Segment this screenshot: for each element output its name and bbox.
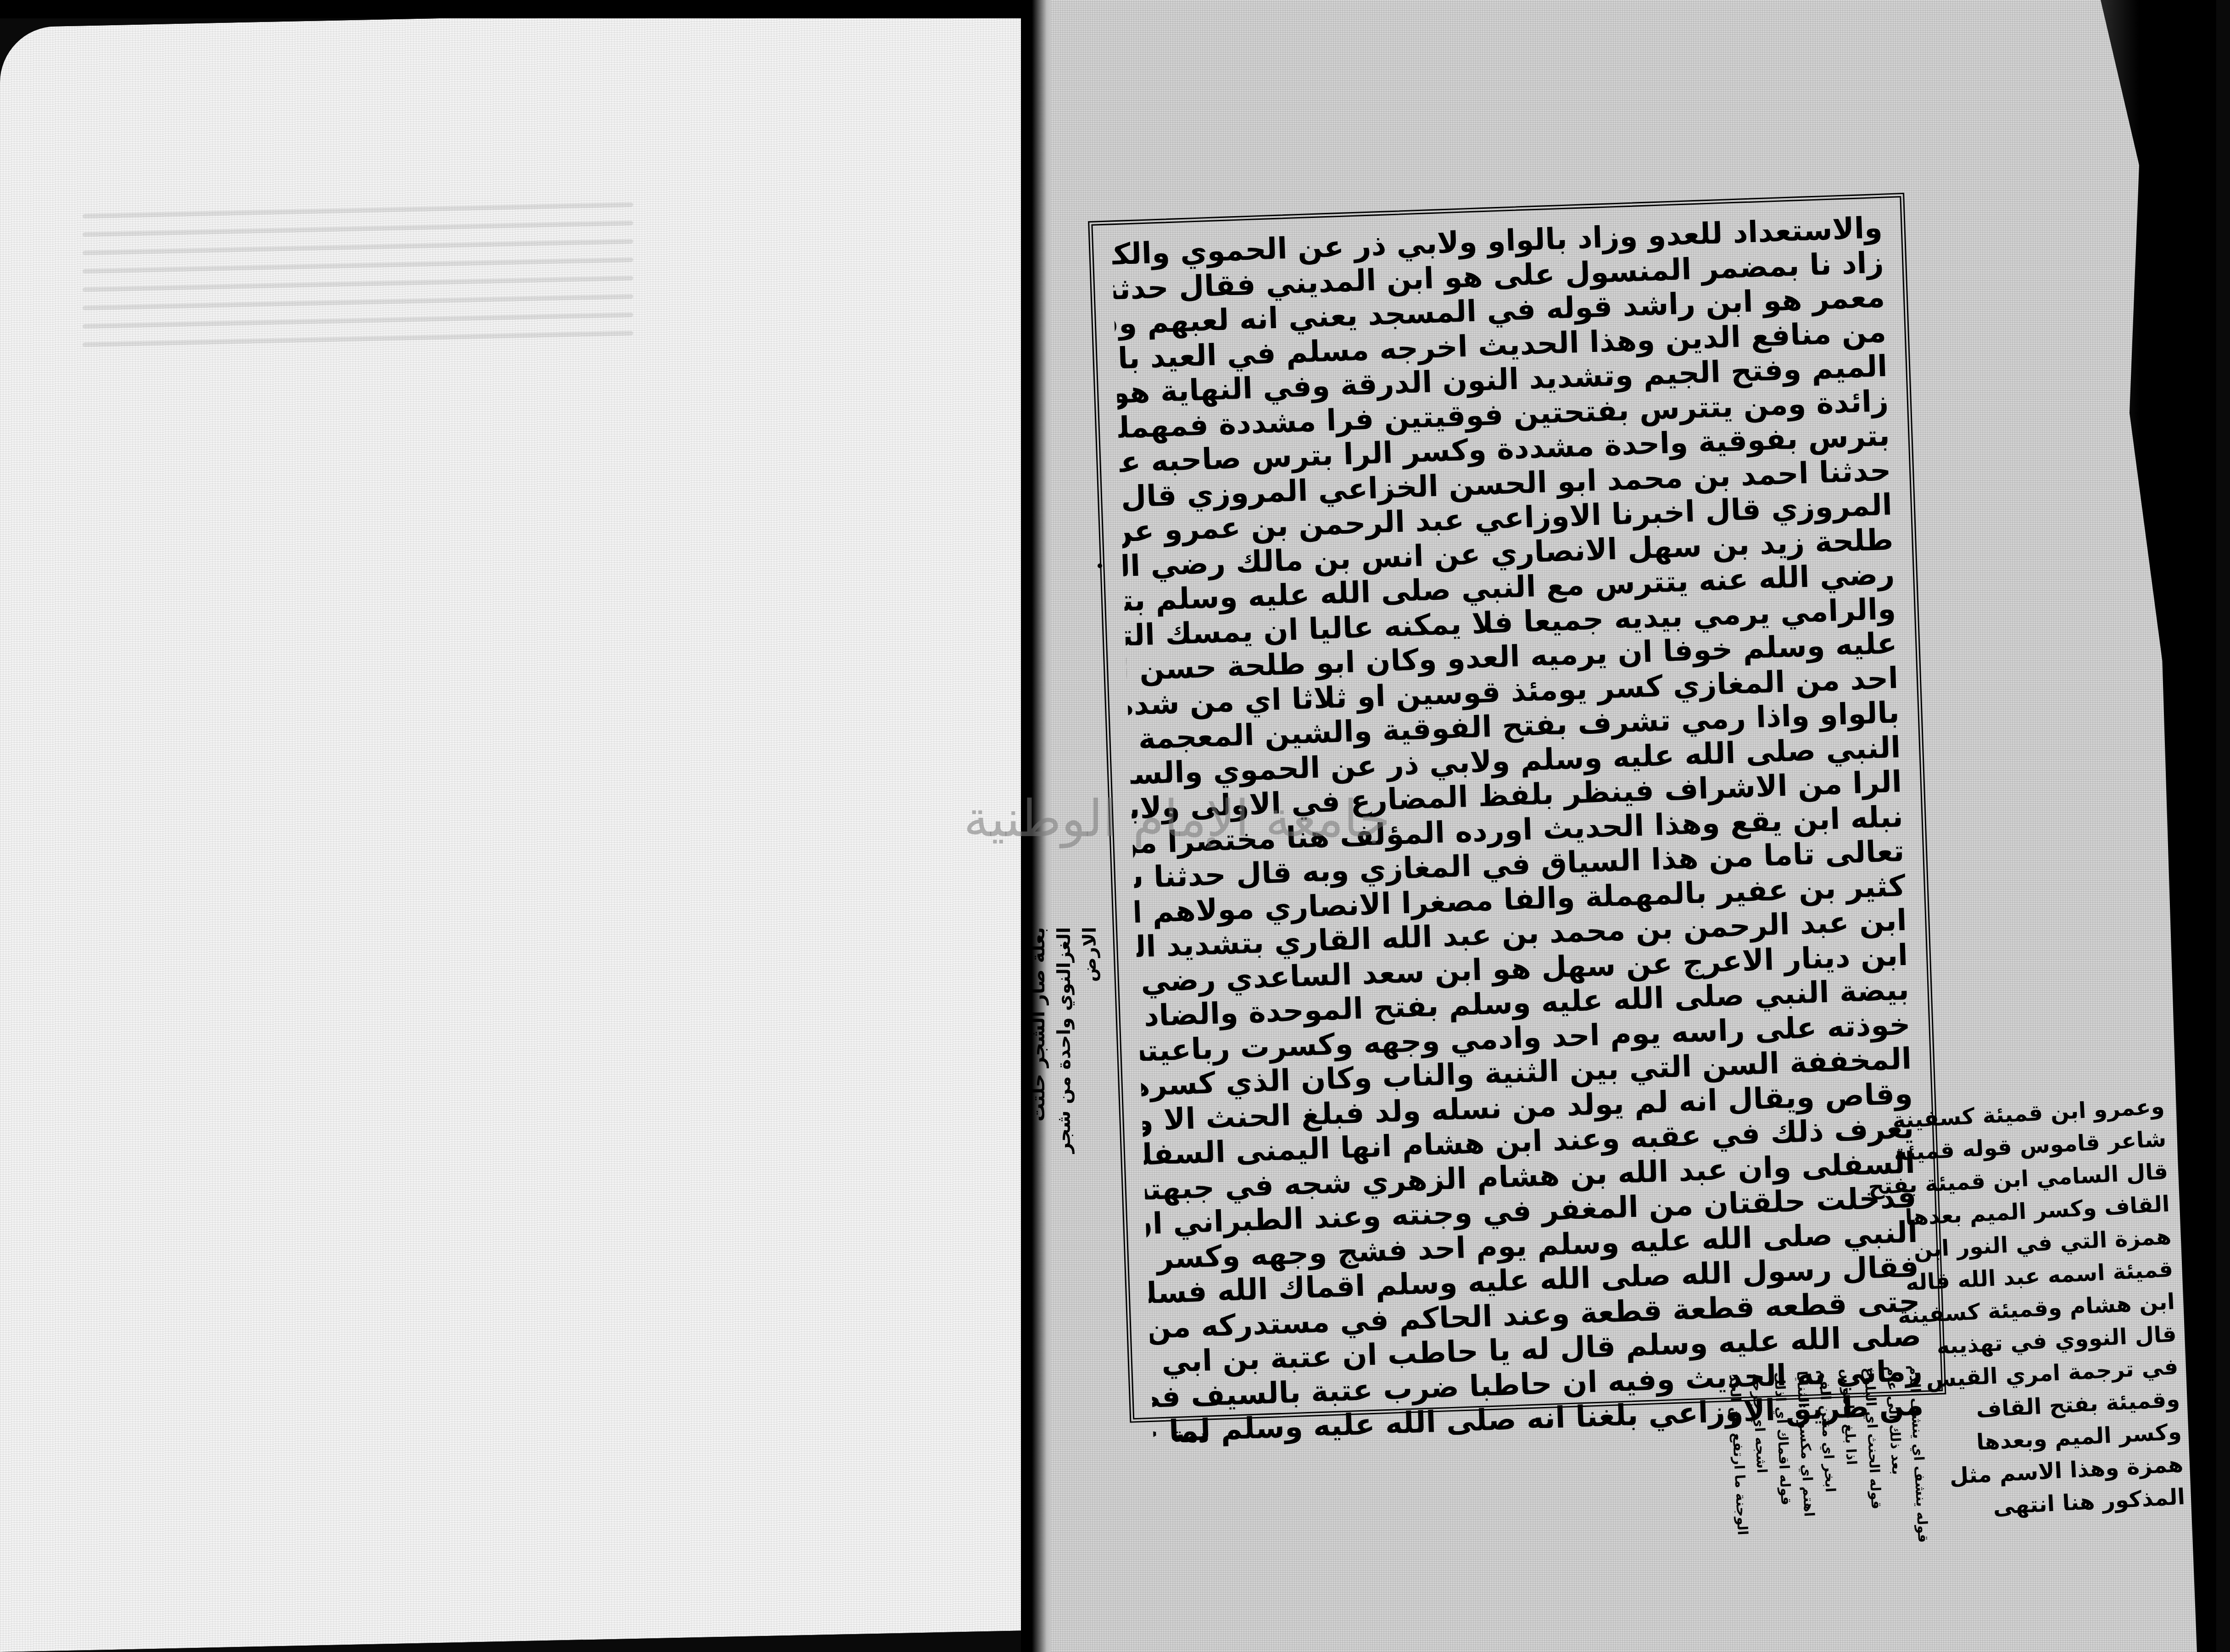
note-column: بعد ذلك الى عام (1883, 1366, 1909, 1563)
note-column: ابخر اي منتن الفم (1816, 1369, 1842, 1567)
note-column: قوله الحنث اي البلوغ (1861, 1367, 1887, 1565)
note-column: اشجه اي جرحه (1749, 1373, 1775, 1571)
note-column: اذا بلغ قاموس (1838, 1368, 1864, 1566)
bottom-margin-notes: قوله ينشف اي ينشف الدم بعد ذلك الى عام ق… (1454, 1365, 1932, 1586)
ink-spot (1098, 564, 1102, 568)
bleed-through-text (83, 189, 633, 475)
scan-background-corner (0, 0, 1028, 18)
left-margin-vertical-note: بعلة صار الشجر حلتت الغزالنوي واحدة من ش… (1026, 927, 1090, 1184)
note-column: الوجنة ما ارتفع من الخد (1726, 1374, 1752, 1572)
catchword: دمة (1172, 1423, 1209, 1447)
note-column: اهتم اي مكسور الثنايا (1793, 1370, 1819, 1568)
right-margin-note: وعمرو ابن قميئة كسفينة شاعر قاموس قوله ق… (1907, 1090, 2186, 1527)
note-column: قوله اقماك اي اذلك (1771, 1372, 1797, 1569)
left-blank-page (0, 6, 1026, 1652)
library-watermark: جامعة الإمام الوطنية (964, 789, 1390, 848)
